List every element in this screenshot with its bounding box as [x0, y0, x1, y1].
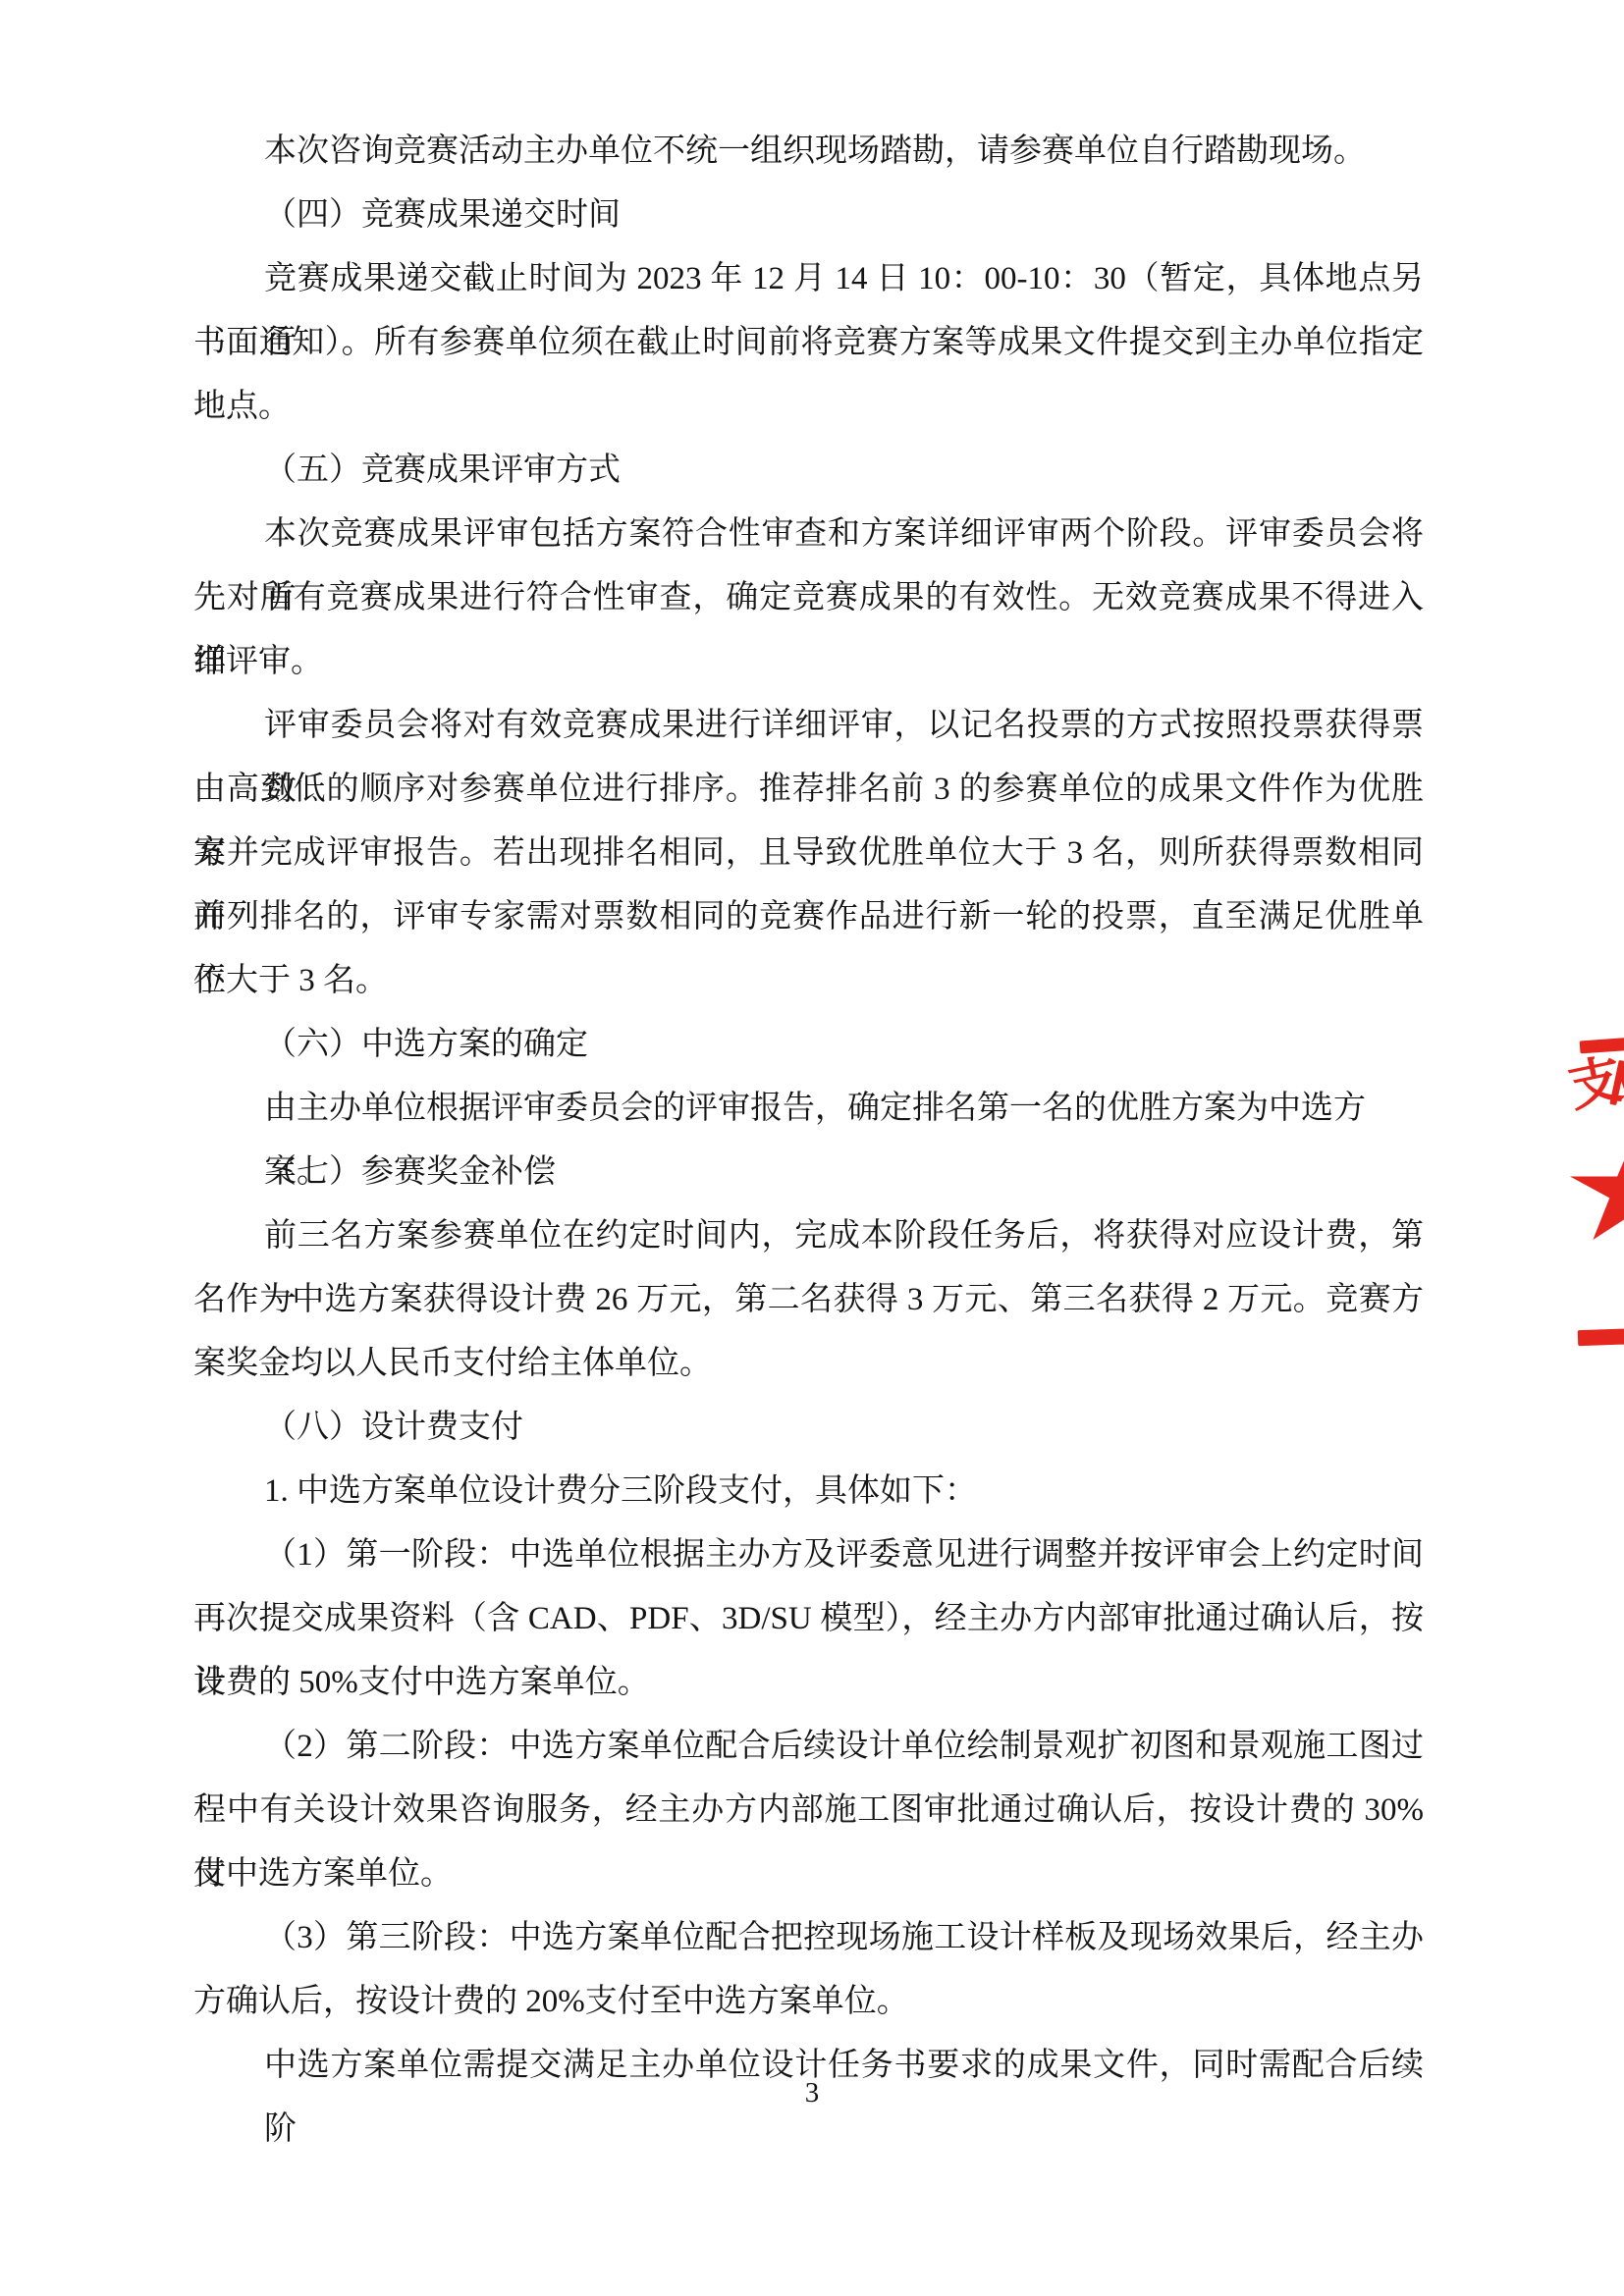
text-line: 方确认后，按设计费的 20%支付至中选方案单位。 — [193, 1970, 1424, 2034]
text-line: 书面通知）。所有参赛单位须在截止时间前将竞赛方案等成果文件提交到主办单位指定 — [193, 311, 1424, 375]
text-line: （1）第一阶段：中选单位根据主办方及评委意见进行调整并按评审会上约定时间 — [193, 1523, 1424, 1587]
text-line: 计费的 50%支付中选方案单位。 — [193, 1651, 1424, 1715]
stamp-border-bottom — [1578, 1328, 1624, 1346]
text-line: 细评审。 — [193, 630, 1424, 694]
text-line: 名作为中选方案获得设计费 26 万元，第二名获得 3 万元、第三名获得 2 万元… — [193, 1268, 1424, 1332]
text-line: 再次提交成果资料（含 CAD、PDF、3D/SU 模型），经主办方内部审批通过确… — [193, 1587, 1424, 1651]
official-stamp: 支 — [1569, 1037, 1624, 1353]
text-line: 地点。 — [193, 375, 1424, 439]
page-number: 3 — [0, 2073, 1624, 2112]
text-line: （2）第二阶段：中选方案单位配合后续设计单位绘制景观扩初图和景观施工图过 — [193, 1715, 1424, 1779]
text-line: 本次咨询竞赛活动主办单位不统一组织现场踏勘，请参赛单位自行踏勘现场。 — [193, 120, 1424, 184]
text-line: （六）中选方案的确定 — [193, 1013, 1424, 1077]
document-text-block: 本次咨询竞赛活动主办单位不统一组织现场踏勘，请参赛单位自行踏勘现场。（四）竞赛成… — [193, 120, 1424, 2098]
text-line: 由主办单位根据评审委员会的评审报告，确定排名第一名的优胜方案为中选方案。 — [193, 1077, 1424, 1141]
text-line: （五）竞赛成果评审方式 — [193, 439, 1424, 503]
text-line: 程中有关设计效果咨询服务，经主办方内部施工图审批通过确认后，按设计费的 30%支 — [193, 1779, 1424, 1842]
document-page: 本次咨询竞赛活动主办单位不统一组织现场踏勘，请参赛单位自行踏勘现场。（四）竞赛成… — [0, 0, 1624, 2296]
text-line: （3）第三阶段：中选方案单位配合把控现场施工设计样板及现场效果后，经主办 — [193, 1906, 1424, 1970]
text-line: （四）竞赛成果递交时间 — [193, 184, 1424, 247]
text-line: 先对所有竞赛成果进行符合性审查，确定竞赛成果的有效性。无效竞赛成果不得进入详 — [193, 566, 1424, 630]
text-line: 案奖金均以人民币支付给主体单位。 — [193, 1332, 1424, 1396]
text-line: 不大于 3 名。 — [193, 949, 1424, 1013]
text-line: 案并完成评审报告。若出现排名相同，且导致优胜单位大于 3 名，则所获得票数相同而 — [193, 822, 1424, 885]
text-line: 竞赛成果递交截止时间为 2023 年 12 月 14 日 10：00-10：30… — [193, 247, 1424, 311]
text-line: （七）参赛奖金补偿 — [193, 1141, 1424, 1204]
stamp-star-icon — [1570, 1138, 1624, 1240]
text-line: （八）设计费支付 — [193, 1396, 1424, 1460]
text-line: 由高到低的顺序对参赛单位进行排序。推荐排名前 3 的参赛单位的成果文件作为优胜方 — [193, 758, 1424, 822]
stamp-border-top — [1580, 1037, 1624, 1054]
text-line: 1. 中选方案单位设计费分三阶段支付，具体如下： — [193, 1460, 1424, 1523]
text-line: 付中选方案单位。 — [193, 1842, 1424, 1906]
text-line: 评审委员会将对有效竞赛成果进行详细评审，以记名投票的方式按照投票获得票数 — [193, 694, 1424, 758]
text-line: 本次竞赛成果评审包括方案符合性审查和方案详细评审两个阶段。评审委员会将首 — [193, 503, 1424, 566]
text-line: 并列排名的，评审专家需对票数相同的竞赛作品进行新一轮的投票，直至满足优胜单位 — [193, 885, 1424, 949]
text-line: 前三名方案参赛单位在约定时间内，完成本阶段任务后，将获得对应设计费，第一 — [193, 1204, 1424, 1268]
